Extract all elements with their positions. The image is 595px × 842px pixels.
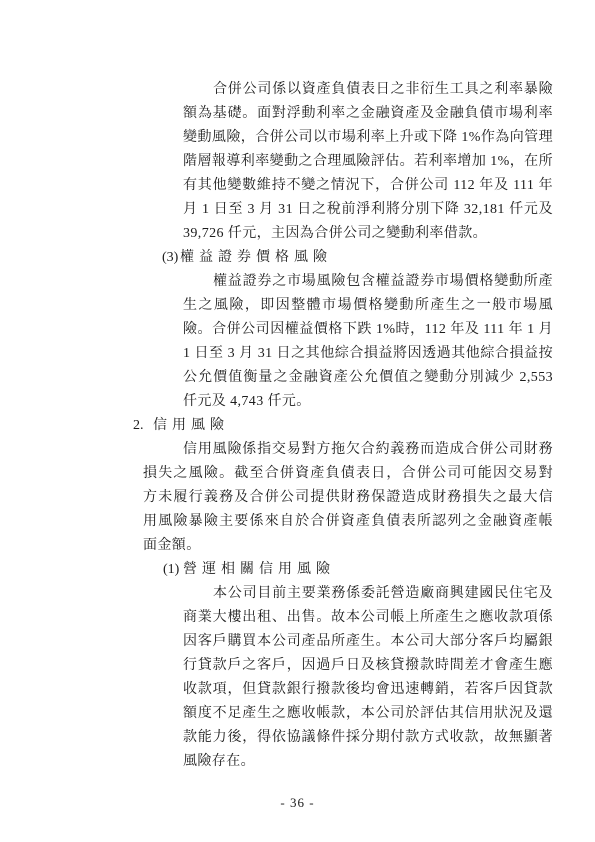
text-line: 生之風險，即因整體市場價格變動所產生之一般市場風 xyxy=(183,294,553,318)
text-line: 公允價值衡量之金融資產公允價值之變動分別減少 2,553 xyxy=(183,366,553,390)
text-line: 階層報導利率變動之合理風險評估。若利率增加 1%，在所 xyxy=(183,150,553,174)
text-line: 用風險暴險主要係來自於合併資產負債表所認列之金融資產帳 xyxy=(143,510,553,534)
text-line: 方未履行義務及合併公司提供財務保證造成財務損失之最大信 xyxy=(143,486,553,510)
text-line: 額為基礎。面對浮動利率之金融資產及金融負債市場利率 xyxy=(183,102,553,126)
page-content: 合併公司係以資產負債表日之非衍生工具之利率暴險 額為基礎。面對浮動利率之金融資產… xyxy=(0,78,595,774)
text-line: 合併公司係以資產負債表日之非衍生工具之利率暴險 xyxy=(183,78,553,102)
text-line: 因客戶購買本公司產品所產生。本公司大部分客戶均屬銀 xyxy=(183,630,553,654)
heading-title: 信用風險 xyxy=(153,418,229,433)
text-line: 風險存在。 xyxy=(183,750,553,774)
list-marker: (3) xyxy=(162,246,180,270)
equity-price-risk-heading: (3)權益證券價格風險 xyxy=(162,246,595,270)
heading-title: 營運相關信用風險 xyxy=(183,562,335,577)
text-line: 商業大樓出租、出售。故本公司帳上所產生之應收款項係 xyxy=(183,606,553,630)
text-line: 面金額。 xyxy=(143,534,553,558)
text-line: 39,726 仟元，主因為合併公司之變動利率借款。 xyxy=(183,222,553,246)
list-marker: (1) xyxy=(163,558,183,582)
credit-risk-paragraph: 信用風險係指交易對方拖欠合約義務而造成合併公司財務 損失之風險。截至合併資產負債… xyxy=(143,438,553,558)
credit-risk-heading: 2.信用風險 xyxy=(133,414,595,438)
text-line: 收款項，但貸款銀行撥款後均會迅速轉銷，若客戶因貸款 xyxy=(183,678,553,702)
interest-rate-risk-paragraph: 合併公司係以資產負債表日之非衍生工具之利率暴險 額為基礎。面對浮動利率之金融資產… xyxy=(183,78,553,246)
text-line: 損失之風險。截至合併資產負債表日，合併公司可能因交易對 xyxy=(143,462,553,486)
operating-credit-risk-heading: (1)營運相關信用風險 xyxy=(163,558,595,582)
text-line: 險。合併公司因權益價格下跌 1%時，112 年及 111 年 1 月 xyxy=(183,318,553,342)
page-number: - 36 - xyxy=(0,795,595,811)
heading-title: 權益證券價格風險 xyxy=(180,250,332,265)
operating-credit-risk-paragraph: 本公司目前主要業務係委託營造廠商興建國民住宅及 商業大樓出租、出售。故本公司帳上… xyxy=(183,582,553,774)
text-line: 變動風險，合併公司以市場利率上升或下降 1%作為向管理 xyxy=(183,126,553,150)
text-line: 有其他變數維持不變之情況下，合併公司 112 年及 111 年 1 xyxy=(183,174,553,198)
text-line: 信用風險係指交易對方拖欠合約義務而造成合併公司財務 xyxy=(143,438,553,462)
text-line: 額度不足產生之應收帳款，本公司於評估其信用狀況及還 xyxy=(183,702,553,726)
list-marker: 2. xyxy=(133,414,153,438)
text-line: 權益證券之市場風險包含權益證券市場價格變動所產 xyxy=(183,270,553,294)
document-page: 合併公司係以資產負債表日之非衍生工具之利率暴險 額為基礎。面對浮動利率之金融資產… xyxy=(0,0,595,842)
text-line: 仟元及 4,743 仟元。 xyxy=(183,390,553,414)
equity-price-risk-paragraph: 權益證券之市場風險包含權益證券市場價格變動所產 生之風險，即因整體市場價格變動所… xyxy=(183,270,553,414)
text-line: 月 1 日至 3 月 31 日之稅前淨利將分別下降 32,181 仟元及 xyxy=(183,198,553,222)
text-line: 款能力後，得依協議條件採分期付款方式收款，故無顯著 xyxy=(183,726,553,750)
text-line: 本公司目前主要業務係委託營造廠商興建國民住宅及 xyxy=(183,582,553,606)
text-line: 1 日至 3 月 31 日之其他綜合損益將因透過其他綜合損益按 xyxy=(183,342,553,366)
text-line: 行貸款戶之客戶，因過戶日及核貸撥款時間差才會產生應 xyxy=(183,654,553,678)
